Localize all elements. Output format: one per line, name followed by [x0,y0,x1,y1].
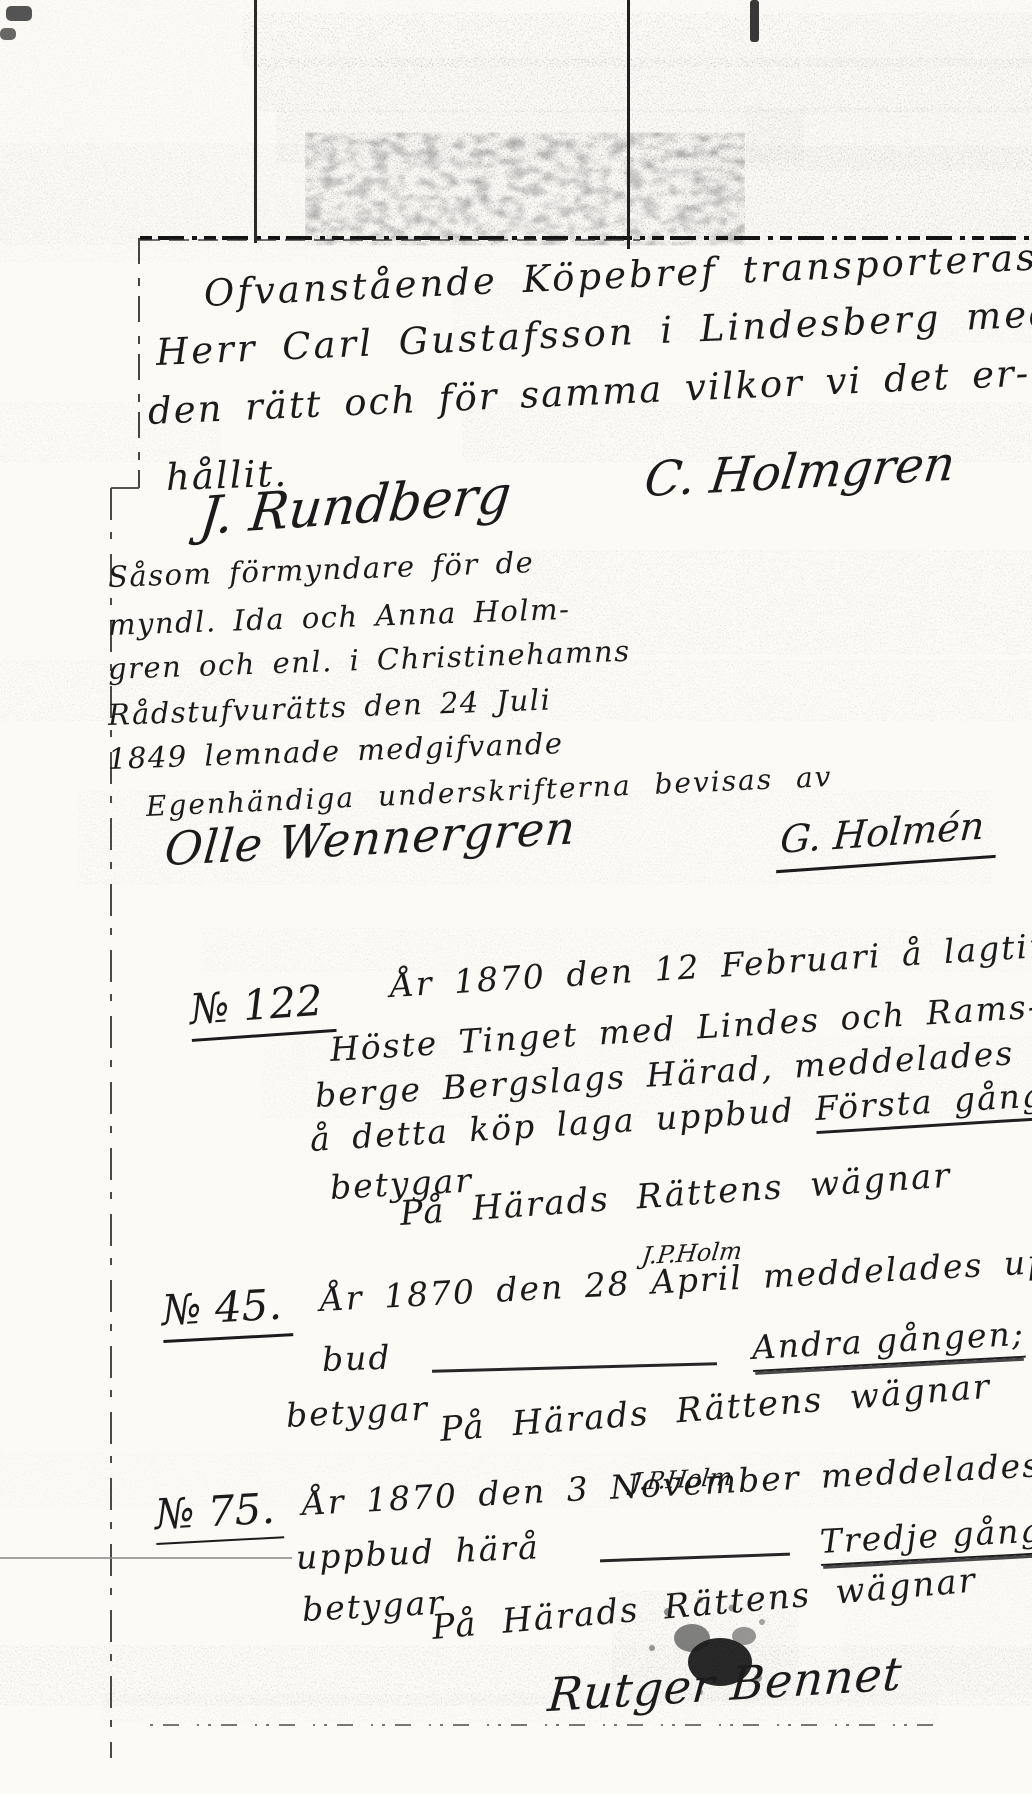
top-vertical-line-right [627,0,630,249]
top-vertical-line-left [254,0,257,243]
entry-122-number: № 122 [188,975,337,1042]
top-noise-bands [0,0,1032,250]
document-scan: Ofvanstående Köpebref transporteras på H… [0,0,1032,1794]
entry-45-betygar: betygar [285,1389,430,1435]
entry-75-number: № 75. [154,1483,285,1545]
entry-75-faint-left-rule [0,1557,292,1559]
entry-45-number: № 45. [161,1279,294,1343]
entry-75-betygar: betygar [301,1583,446,1629]
entry-45-line-2-text: bud [321,1338,392,1379]
